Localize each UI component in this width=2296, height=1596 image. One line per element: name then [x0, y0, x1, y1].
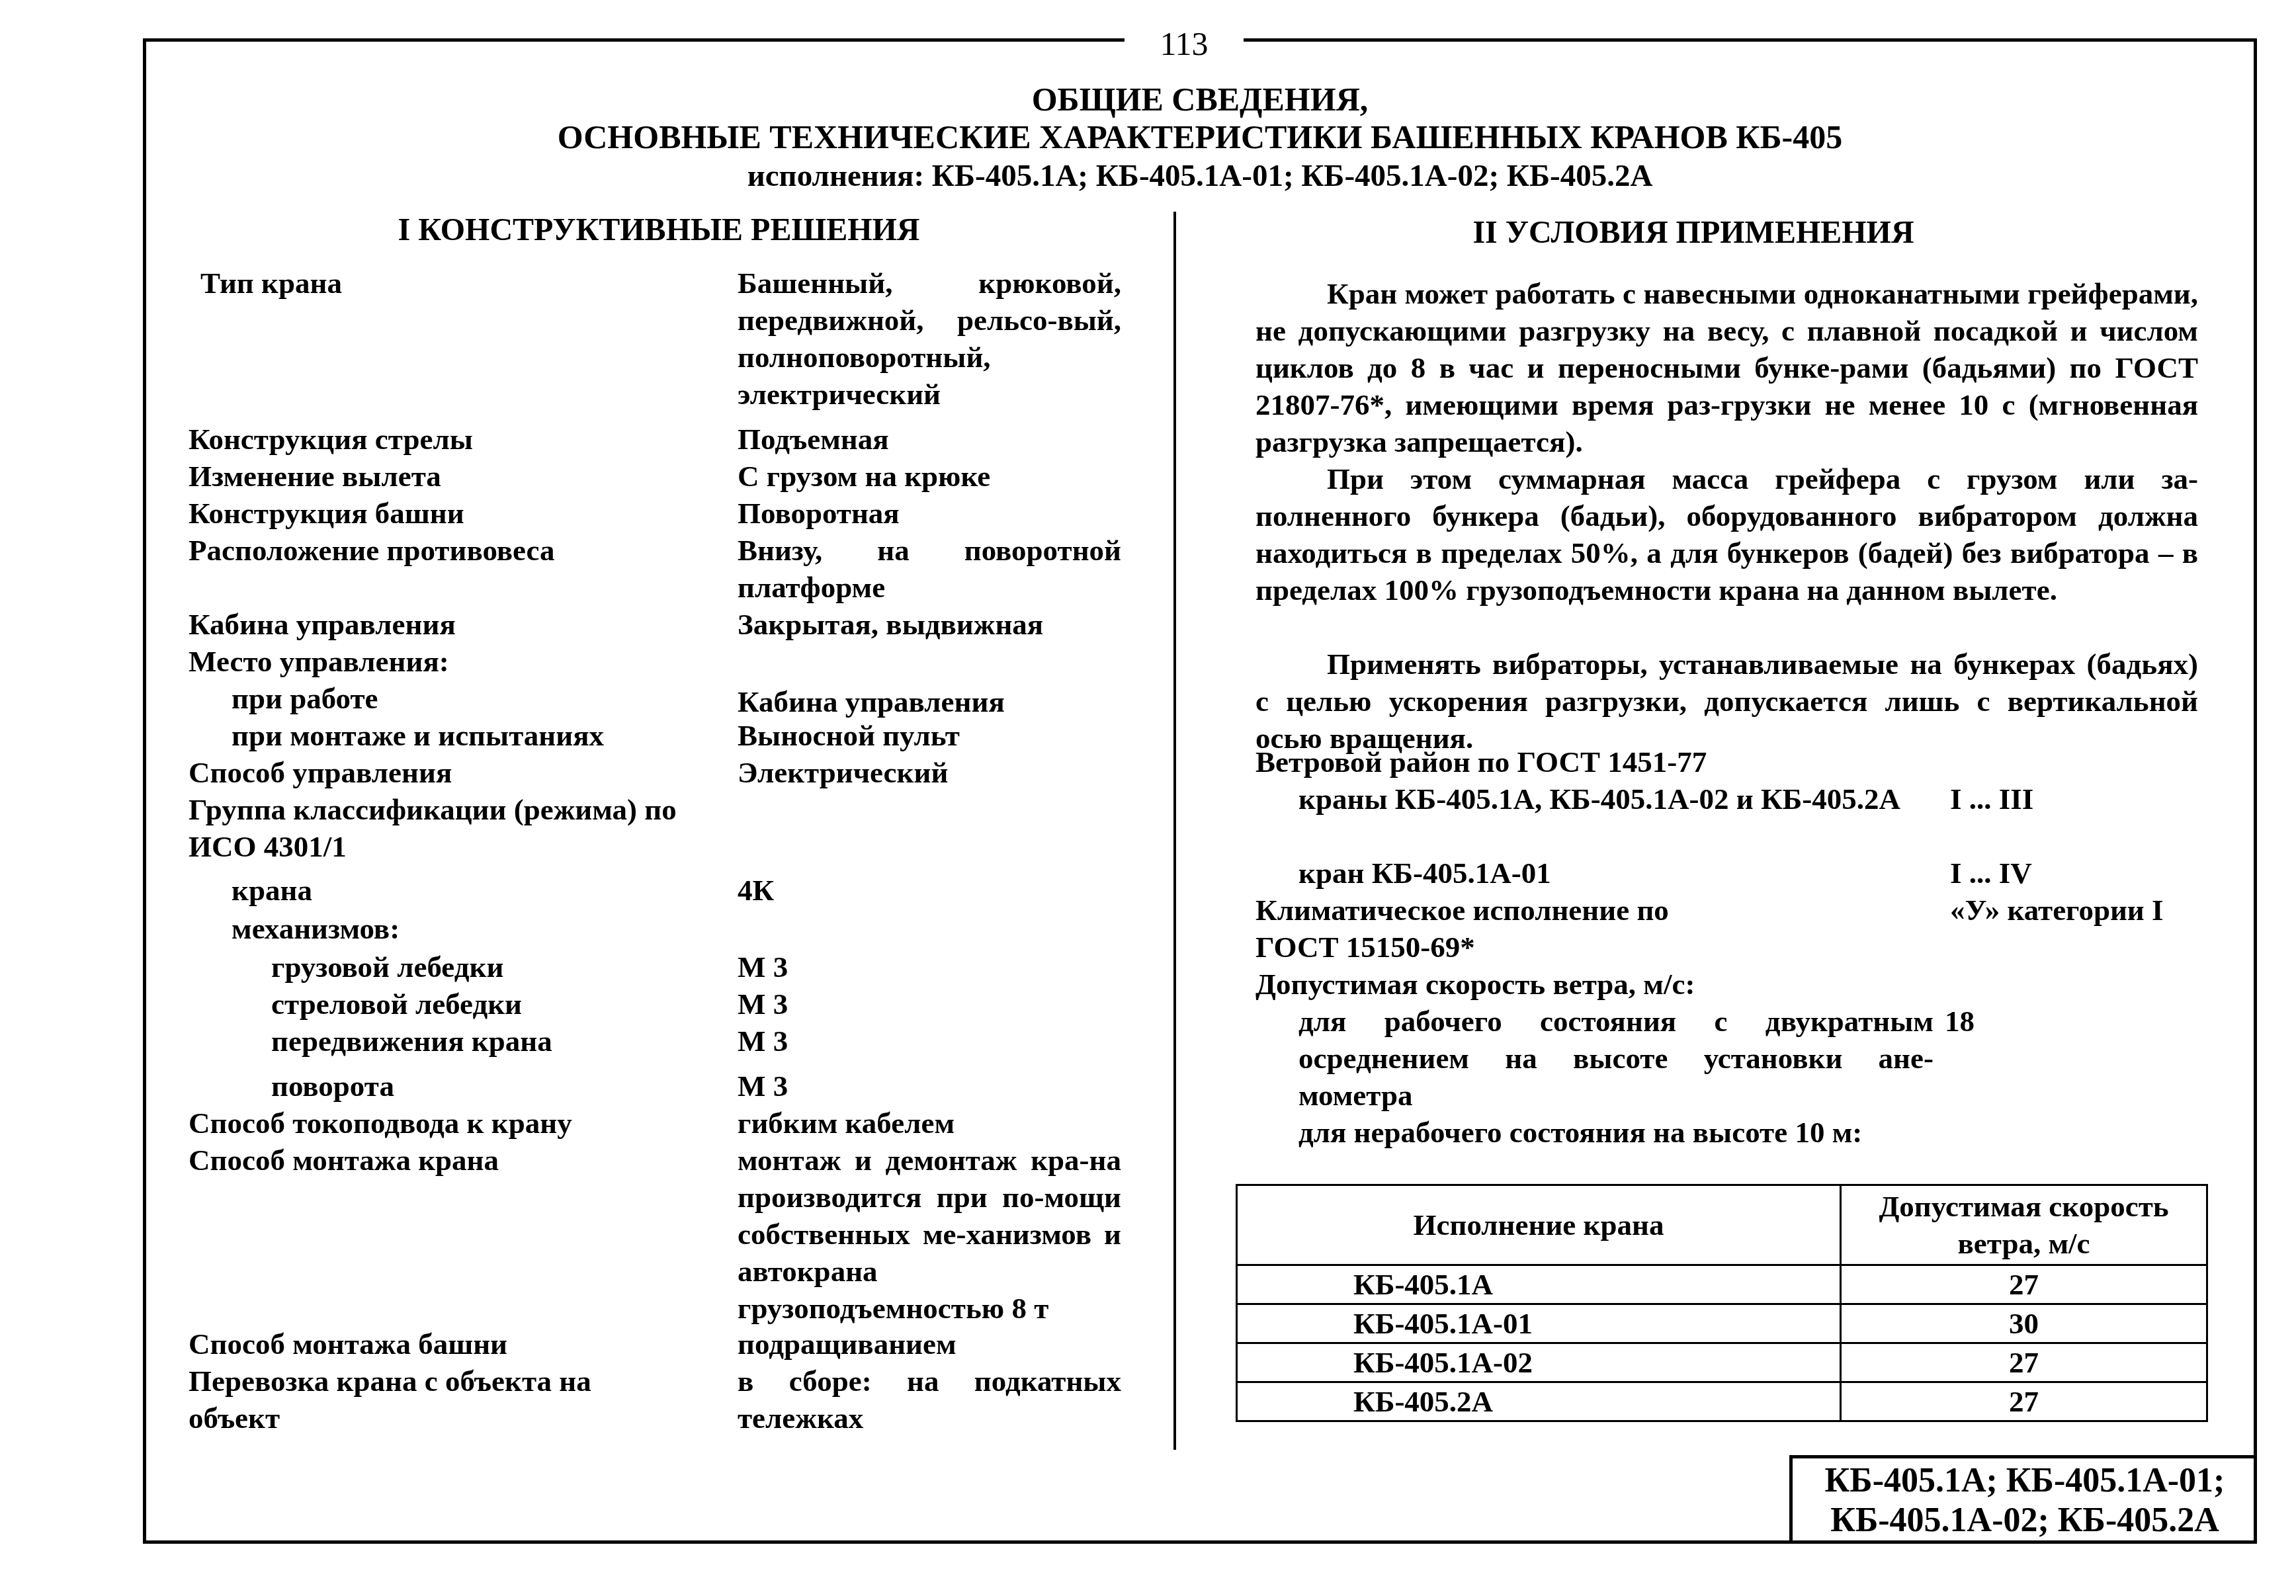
spec-value: С грузом на крюке — [738, 458, 1121, 495]
wind-region-label: Ветровой район по ГОСТ 1451-77 — [1255, 743, 1917, 780]
spec-label: крана — [189, 872, 774, 909]
document-subtitle: ОСНОВНЫЕ ТЕХНИЧЕСКИЕ ХАРАКТЕРИСТИКИ БАШЕ… — [143, 117, 2257, 157]
table-row: КБ-405.1А 27 — [1237, 1265, 2207, 1304]
wind-region-item-value: I ... III — [1950, 780, 2215, 818]
cell-model: КБ-405.1А-01 — [1237, 1304, 1841, 1343]
spec-value: Электрический — [738, 754, 1121, 791]
table-row: КБ-405.2А 27 — [1237, 1382, 2207, 1421]
spec-label: стреловой лебедки — [189, 986, 814, 1023]
spec-label: механизмов: — [189, 910, 774, 947]
wind-region-item-value: I ... IV — [1950, 855, 2215, 892]
spec-label: Изменение вылета — [189, 458, 731, 495]
spec-label: Тип крана — [200, 265, 743, 302]
document-variants: исполнения: КБ-405.1А; КБ-405.1А-01; КБ-… — [143, 156, 2257, 196]
spec-label: Перевозка крана с объекта на объект — [189, 1363, 665, 1437]
cell-speed: 27 — [1841, 1343, 2207, 1382]
conditions-paragraph: При этом суммарная масса грейфера с груз… — [1255, 460, 2198, 609]
spec-value: 4К — [738, 872, 1121, 909]
spec-value: в сборе: на подкатных тележках — [738, 1363, 1121, 1437]
conditions-paragraph: Кран может работать с навесными однокана… — [1255, 275, 2198, 460]
spec-value: Башенный, крюковой, передвижной, рельсо-… — [738, 265, 1121, 413]
spec-value: Внизу, на поворотной платформе — [738, 532, 1121, 606]
spec-label: Группа классификации (режима) по ИСО 430… — [189, 791, 711, 865]
cell-speed: 27 — [1841, 1265, 2207, 1304]
spec-label: при монтаже и испытаниях — [189, 717, 774, 754]
spec-label: Конструкция башни — [189, 495, 731, 532]
wind-speed-nonworking-label: для нерабочего состояния на высоте 10 м: — [1298, 1114, 1953, 1151]
spec-value: гибким кабелем — [738, 1105, 1121, 1142]
stamp-line-2: КБ-405.1А-02; КБ-405.2А — [1793, 1501, 2257, 1540]
spec-value: Закрытая, выдвижная — [738, 606, 1121, 643]
spec-label: Расположение противовеса — [189, 532, 731, 569]
model-stamp: КБ-405.1А; КБ-405.1А-01; КБ-405.1А-02; К… — [1789, 1455, 2257, 1544]
spec-value: Кабина управления — [738, 683, 1121, 720]
page-number: 113 — [1151, 25, 1217, 62]
table-row: КБ-405.1А-02 27 — [1237, 1343, 2207, 1382]
spec-label: Конструкция стрелы — [189, 421, 731, 458]
spec-value: М 3 — [738, 948, 1121, 986]
spec-label: Место управления: — [189, 643, 731, 680]
spec-label: Способ монтажа башни — [189, 1325, 731, 1363]
spec-label: Кабина управления — [189, 606, 731, 643]
column-header-model: Исполнение крана — [1237, 1185, 1841, 1265]
table-header-row: Исполнение крана Допустимая скорость вет… — [1237, 1185, 2207, 1265]
cell-model: КБ-405.1А — [1237, 1265, 1841, 1304]
cell-model: КБ-405.1А-02 — [1237, 1343, 1841, 1382]
spec-value: Выносной пульт — [738, 717, 1121, 754]
conditions-paragraph: Применять вибраторы, устанавливаемые на … — [1255, 646, 2198, 757]
climate-label: Климатическое исполнение по ГОСТ 15150-6… — [1255, 892, 1732, 966]
wind-speed-working-label: для рабочего состояния с двукратным осре… — [1298, 1003, 1934, 1114]
spec-value: Поворотная — [738, 495, 1121, 532]
document-title: ОБЩИЕ СВЕДЕНИЯ, — [143, 79, 2257, 119]
spec-label: Способ монтажа крана — [189, 1142, 731, 1179]
spec-value: М 3 — [738, 986, 1121, 1023]
wind-speed-label: Допустимая скорость ветра, м/с: — [1255, 966, 1917, 1003]
section-heading-design: I КОНСТРУКТИВНЫЕ РЕШЕНИЯ — [143, 210, 1175, 250]
cell-model: КБ-405.2А — [1237, 1382, 1841, 1421]
stamp-line-1: КБ-405.1А; КБ-405.1А-01; — [1793, 1461, 2257, 1501]
wind-region-item-label: кран КБ-405.1А-01 — [1298, 855, 1953, 892]
cell-speed: 30 — [1841, 1304, 2207, 1343]
wind-speed-working-value: 18 — [1945, 1003, 2209, 1040]
climate-value: «У» категории I — [1950, 892, 2215, 929]
spec-value: М 3 — [738, 1068, 1121, 1105]
spec-label: передвижения крана — [189, 1023, 814, 1060]
spec-label: при работе — [189, 680, 774, 717]
spec-value: монтаж и демонтаж кра-на производится пр… — [738, 1142, 1121, 1327]
spec-value: подращиванием — [738, 1325, 1121, 1363]
spec-label: Способ токоподвода к крану — [189, 1105, 731, 1142]
table-row: КБ-405.1А-01 30 — [1237, 1304, 2207, 1343]
spec-label: Способ управления — [189, 754, 731, 791]
cell-speed: 27 — [1841, 1382, 2207, 1421]
spec-value: М 3 — [738, 1023, 1121, 1060]
spec-value: Подъемная — [738, 421, 1121, 458]
spec-label: грузовой лебедки — [189, 948, 814, 986]
column-divider — [1173, 212, 1176, 1450]
section-heading-conditions: II УСЛОВИЯ ПРИМЕНЕНИЯ — [1184, 213, 2203, 253]
column-header-speed: Допустимая скорость ветра, м/с — [1841, 1185, 2207, 1265]
wind-region-item-label: краны КБ-405.1А, КБ-405.1А-02 и КБ-405.2… — [1298, 780, 1910, 818]
wind-speed-table: Исполнение крана Допустимая скорость вет… — [1236, 1184, 2208, 1422]
spec-label: поворота — [189, 1068, 814, 1105]
